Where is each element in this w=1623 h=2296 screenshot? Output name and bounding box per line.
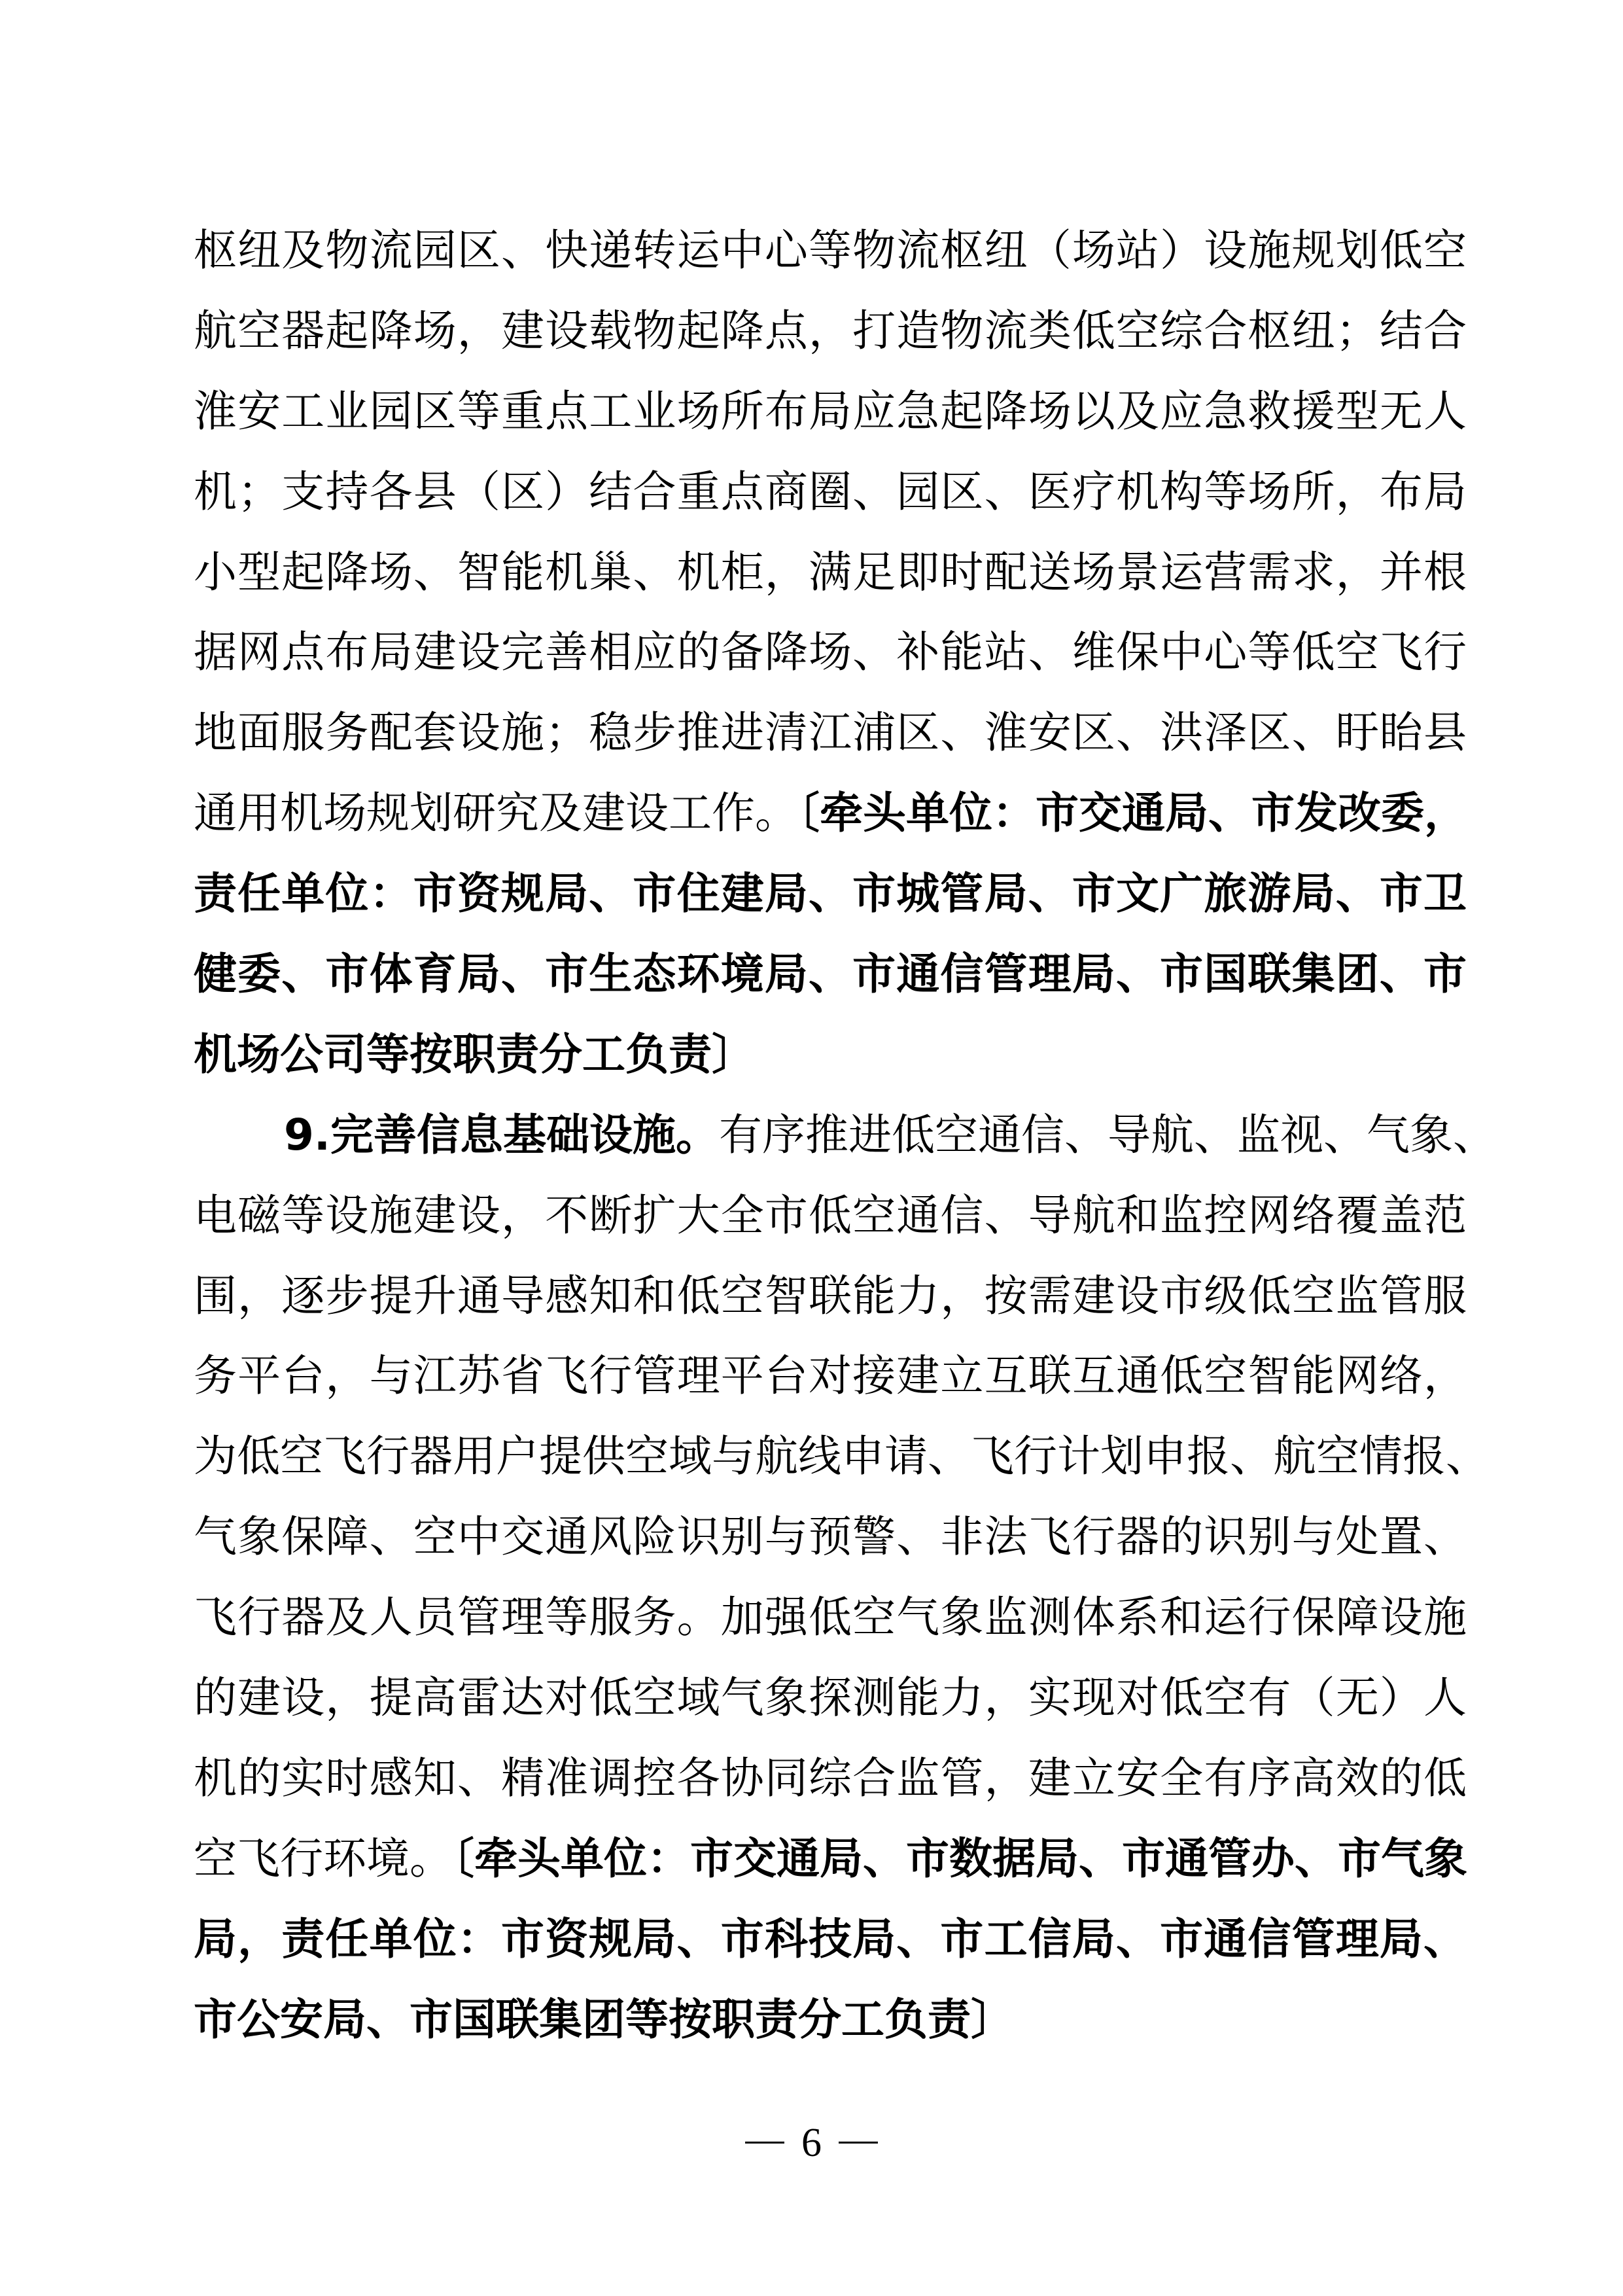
- paragraph-8-continued: 枢纽及物流园区、快递转运中心等物流枢纽（场站）设施规划低空 航空器起降场，建设载…: [194, 211, 1467, 1095]
- responsible-unit-note: 市公安局、市国联集团等按职责分工负责〕: [194, 1980, 1467, 2060]
- section-heading-line: 9.完善信息基础设施。有序推进低空通信、导航、监视、气象、: [194, 1095, 1467, 1176]
- section-heading: 9.完善信息基础设施。: [284, 1110, 719, 1160]
- text-line: 机的实时感知、精准调控各协同综合监管，建立安全有序高效的低: [194, 1739, 1467, 1819]
- text-line: 地面服务配套设施；稳步推进清江浦区、淮安区、洪泽区、盱眙县: [194, 693, 1467, 773]
- paragraph-9: 9.完善信息基础设施。有序推进低空通信、导航、监视、气象、 电磁等设施建设，不断…: [194, 1095, 1467, 2060]
- lead-unit-note: 〔牵头单位：市交通局、市发改委，: [798, 788, 1467, 838]
- text-line: 航空器起降场，建设载物起降点，打造物流类低空综合枢纽；结合: [194, 291, 1467, 372]
- text-line: 据网点布局建设完善相应的备降场、补能站、维保中心等低空飞行: [194, 612, 1467, 693]
- lead-unit-note: 〔牵头单位：市交通局、市数据局、市通管办、市气象: [453, 1833, 1467, 1884]
- text-line: 飞行器及人员管理等服务。加强低空气象监测体系和运行保障设施: [194, 1578, 1467, 1658]
- responsible-unit-note: 健委、市体育局、市生态环境局、市通信管理局、市国联集团、市: [194, 934, 1467, 1015]
- responsible-unit-note: 责任单位：市资规局、市住建局、市城管局、市文广旅游局、市卫: [194, 854, 1467, 934]
- text-line: 电磁等设施建设，不断扩大全市低空通信、导航和监控网络覆盖范: [194, 1176, 1467, 1256]
- footer-dash-left: [745, 2142, 784, 2144]
- text-line: 空飞行环境。〔牵头单位：市交通局、市数据局、市通管办、市气象: [194, 1819, 1467, 1899]
- text-line: 淮安工业园区等重点工业场所布局应急起降场以及应急救援型无人: [194, 372, 1467, 452]
- page-number: 6: [801, 2121, 822, 2165]
- text-line: 通用机场规划研究及建设工作。〔牵头单位：市交通局、市发改委，: [194, 773, 1467, 854]
- body-text: 枢纽及物流园区、快递转运中心等物流枢纽（场站）设施规划低空 航空器起降场，建设载…: [194, 211, 1467, 2060]
- text-line: 务平台，与江苏省飞行管理平台对接建立互联互通低空智能网络，: [194, 1336, 1467, 1417]
- responsible-unit-note: 机场公司等按职责分工负责〕: [194, 1015, 1467, 1095]
- responsible-unit-note: 局，责任单位：市资规局、市科技局、市工信局、市通信管理局、: [194, 1899, 1467, 1980]
- page-footer: 6: [0, 2120, 1623, 2166]
- footer-dash-right: [839, 2142, 878, 2144]
- text-line: 为低空飞行器用户提供空域与航线申请、飞行计划申报、航空情报、: [194, 1417, 1467, 1497]
- text-line: 的建设，提高雷达对低空域气象探测能力，实现对低空有（无）人: [194, 1658, 1467, 1739]
- text-line: 围，逐步提升通导感知和低空智联能力，按需建设市级低空监管服: [194, 1256, 1467, 1337]
- text-line: 机；支持各县（区）结合重点商圈、园区、医疗机构等场所，布局: [194, 452, 1467, 533]
- document-page: 枢纽及物流园区、快递转运中心等物流枢纽（场站）设施规划低空 航空器起降场，建设载…: [0, 0, 1623, 2296]
- text-line: 气象保障、空中交通风险识别与预警、非法飞行器的识别与处置、: [194, 1497, 1467, 1578]
- text-line: 小型起降场、智能机巢、机柜，满足即时配送场景运营需求，并根: [194, 533, 1467, 613]
- text-line: 枢纽及物流园区、快递转运中心等物流枢纽（场站）设施规划低空: [194, 211, 1467, 291]
